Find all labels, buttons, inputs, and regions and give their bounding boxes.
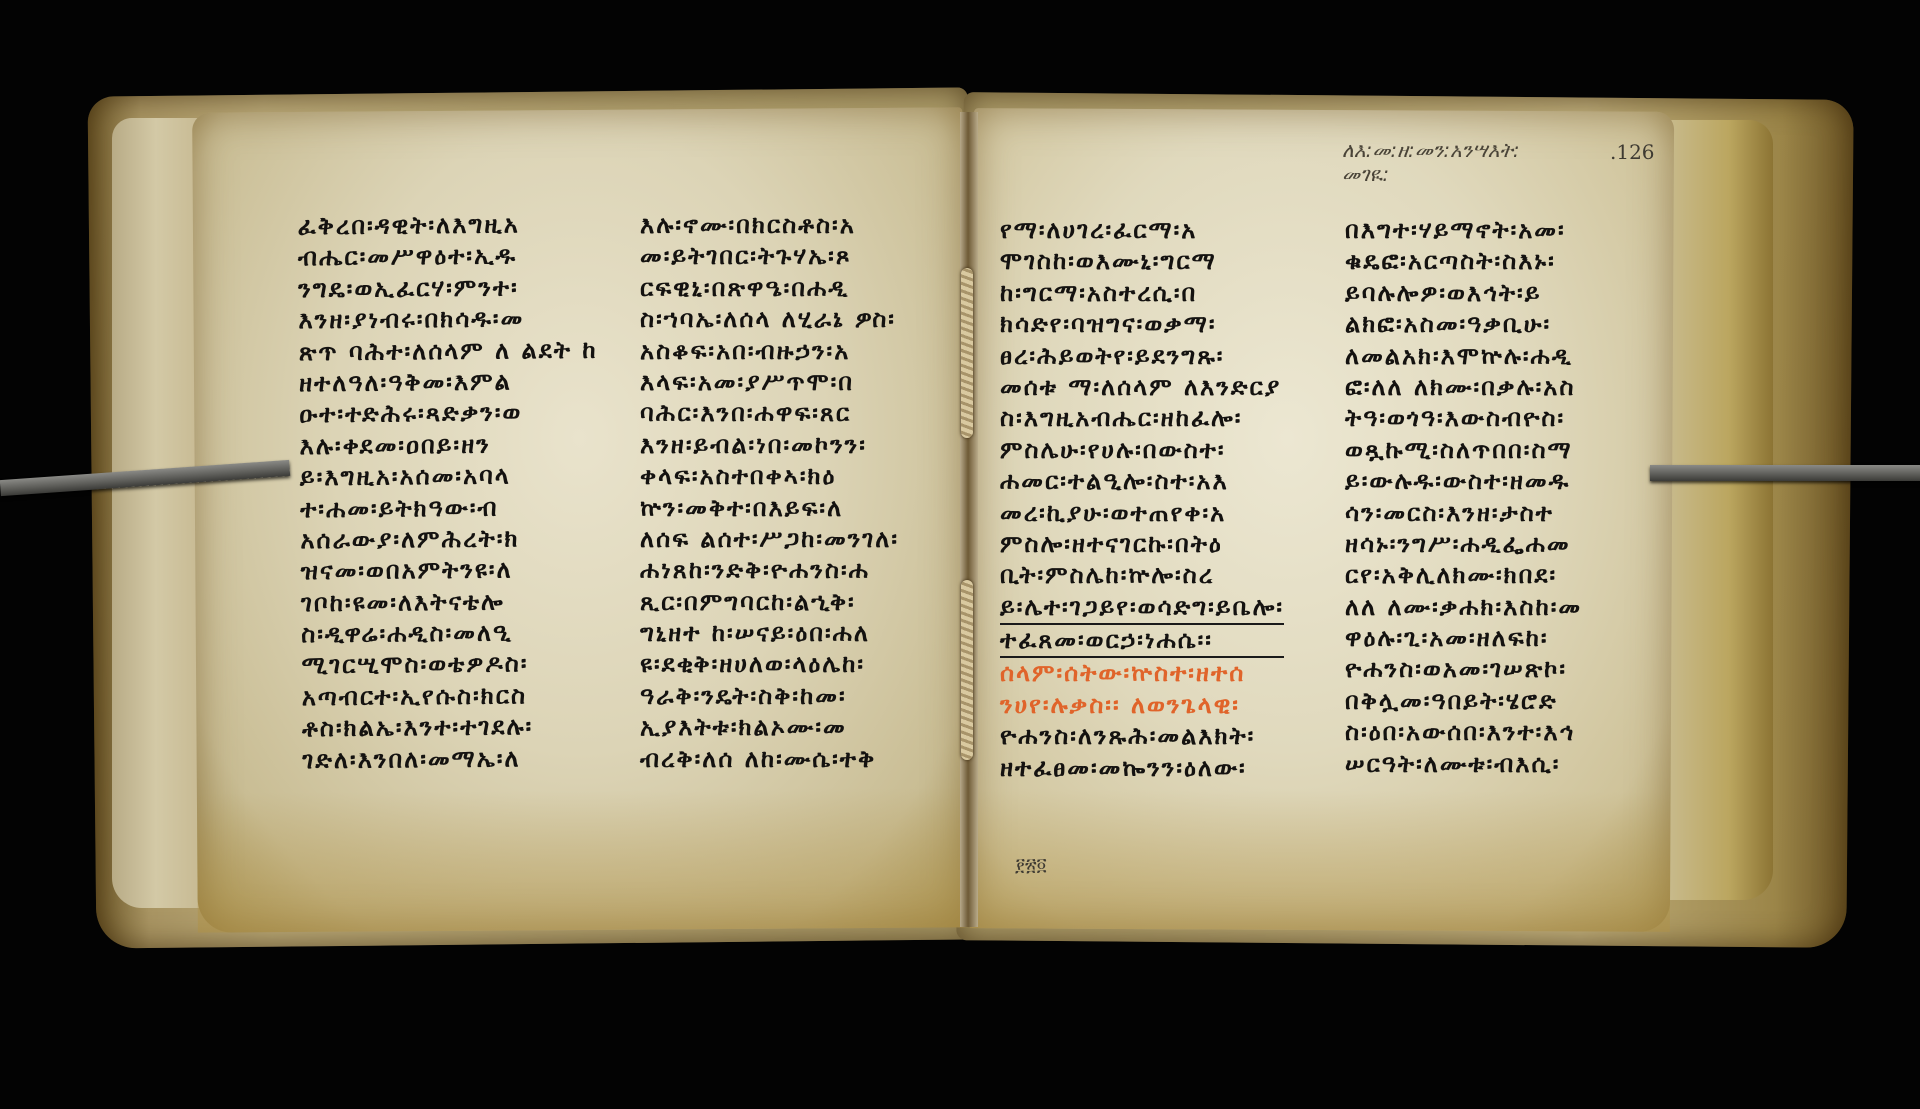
text-line: ምስሎ፡ዘተናገርኩ፡በትዕ [1000,529,1284,560]
text-line: ፈቅረበ፡ዳዊት፡ለእግዚአ [298,209,597,243]
text-line: በቅሏመ፡ዓበይት፡ሄሮድ [1345,686,1582,717]
text-line: ሳን፡መርስ፡እንዘ፡ታስተ [1345,498,1582,529]
text-line: ስ፡ዕበ፡አውሰበ፡እንተ፡እኅ [1345,717,1582,748]
text-line: ርየ፡አቅሊለክሙ፡ክበደ፡ [1345,560,1582,591]
text-line: ይ፡ሌተ፡ገጋይየ፡ወሳድግ፡ይቤሎ፡ [1000,592,1284,623]
rubric-line: ሰላም፡ሰትው፡ኵስተ፡ዘተሰ [1000,658,1284,689]
text-line: ተፈጸመ፡ወርኃ፡ነሐሴ፡፡ [1000,623,1284,658]
text-line: ለሰፍ ልሰተ፡ሥጋከ፡መንገለ፡ [640,524,899,555]
text-line: ስ፡ኀባኤ፡ለሰላ ለሂራኔ ዎስ፡ [640,304,899,335]
text-column-3: የማ፡ለሀገረ፡ፈርማ፡አ ሞገስከ፡ወእሙኒ፡ግርማ ከ፡ግርማ፡አስተረሲ፡… [1000,215,1284,784]
text-line: ዓራቅ፡ንዴት፡ስቅ፡ከመ፡ [640,681,899,712]
text-line: ከ፡ግርማ፡አስተረሲ፡በ [1000,278,1284,309]
text-line: ቢት፡ምስሌከ፡ኵሎ፡ስረ [1000,560,1284,591]
text-line: እላፍ፡አመ፡ያሥጥሞ፡በ [640,367,899,398]
text-line: ዮሐንስ፡ለንጹሕ፡መልእክት፡ [1000,721,1284,752]
text-line: ዘሳኑ፡ንግሥ፡ሐዲፌሐመ [1345,529,1582,560]
marginal-note-line: መገዪ: [1342,162,1520,186]
rubric-line: ንሀየ፡ሉቃስ፡፡ ለወንጌላዊ፡ [1000,690,1284,721]
text-line: ክሳድየ፡ባዝግና፡ወቃማ፡ [1000,309,1284,340]
text-line: ገቦከ፡ዩመ፡ለእትናቴሎ [301,585,600,619]
bottom-folio-numeral: ፻፳፬ [1015,855,1047,876]
text-column-2: እሉ፡ኖሙ፡በክርስቶስ፡አ መ፡ይትገበር፡ትጉሃኤ፡ጾ ርፍዊኒ፡በጽዋዔ፡… [640,210,899,775]
text-line: መ፡ይትገበር፡ትጉሃኤ፡ጾ [640,241,899,272]
text-line: ዑተ፡ተድሕሩ፡ጻድቃን፡ወ [299,397,598,431]
text-line: ዮሐንስ፡ወአመ፡ገሠጽኮ፡ [1345,654,1582,685]
text-line: ብሔር፡መሥዋዕተ፡ኢዱ [298,240,597,274]
text-line: በእግተ፡ሃይማኖት፡አመ፡ [1345,215,1582,246]
text-line: ይ፡ውሉዱ፡ውስተ፡ዘመዱ [1345,466,1582,497]
text-line: የማ፡ለሀገረ፡ፈርማ፡አ [1000,215,1284,246]
water-stain [970,788,1671,932]
text-line: አስቆፍ፡አበ፡ብዙኃን፡አ [640,336,899,367]
text-line: ንግዴ፡ወኢፈርሃ፡ምንተ፡ [298,271,597,305]
text-line: ዘተለዓለ፡ዓቅመ፡እምል [299,366,598,400]
text-line: ዩ፡ደቂቅ፡ዘሀለወ፡ላዕሌከ፡ [640,649,899,680]
right-page-clip [1650,465,1920,481]
text-line: ባሕር፡እንበ፡ሐዋፍ፡ጸር [640,398,899,429]
text-line: ዘተፈፀመ፡መኰንን፡ዕለው፡ [1000,753,1284,784]
text-line: ስ፡እግዚአብሔር፡ዘከፈሎ፡ [1000,403,1284,434]
text-line: ለለ ለሙ፡ቃሐክ፡እስከ፡መ [1345,592,1582,623]
text-line: ግኒዘተ ከ፡ሠናይ፡ዕበ፡ሐለ [640,618,899,649]
text-line: ሚገርሢሞስ፡ወቴዎዶስ፡ [301,648,600,682]
marginal-note-line: ለእ:መ:ዘ:መን:አንሣእት: [1342,138,1520,162]
text-line: ወጿኩሚ፡ስለጥበበ፡ስማ [1345,435,1582,466]
text-line: እሉ፡ኖሙ፡በክርስቶስ፡አ [640,210,899,241]
text-column-4: በእግተ፡ሃይማኖት፡አመ፡ ቁዴፎ፡አርጣስት፡ስእኑ፡ ይባሉሎዎ፡ወእኅት… [1345,215,1582,780]
text-line: ብረቅ፡ለሰ ለከ፡ሙሴ፡ተቅ [640,744,899,775]
text-column-1: ፈቅረበ፡ዳዊት፡ለእግዚአ ብሔር፡መሥዋዕተ፡ኢዱ ንግዴ፡ወኢፈርሃ፡ምን… [298,209,602,777]
text-line: ልክፎ፡አስመ፡ዓቃቢሁ፡ [1345,309,1582,340]
text-line: ርፍዊኒ፡በጽዋዔ፡በሐዲ [640,273,899,304]
folio-number: .126 [1610,140,1655,164]
text-line: እንዘ፡ይብል፡ነበ፡መኮንን፡ [640,430,899,461]
text-line: አጣብርተ፡ኢየሱስ፡ክርስ [302,680,601,714]
text-line: ሐነጸከ፡ንድቅ፡ዮሐንስ፡ሐ [640,555,899,586]
text-line: ዋዕሉ፡ጊ፡አመ፡ዘለፍከ፡ [1345,623,1582,654]
text-line: ቁዴፎ፡አርጣስት፡ስእኑ፡ [1345,246,1582,277]
text-line: ገድለ፡እንበለ፡መማኤ፡ለ [302,742,601,776]
binding-gutter [960,112,978,927]
text-line: ዝናመ፡ወበአምትንዩ፡ለ [301,554,600,588]
text-line: ሞገስከ፡ወእሙኒ፡ግርማ [1000,246,1284,277]
text-line: መረ፡ኪያሁ፡ወተጠየቀ፡አ [1000,498,1284,529]
text-line: ስ፡ዲዋሬ፡ሐዲስ፡መለዒ [301,617,600,651]
text-line: ፎ፡ለለ ለክሙ፡በቃሉ፡አስ [1345,372,1582,403]
manuscript-photo: ለእ:መ:ዘ:መን:አንሣእት: መገዪ: .126 ፻፳፬ ፈቅረበ፡ዳዊት፡… [0,0,1920,1109]
text-line: ኵን፡መቅተ፡በእይፍ፡ለ [640,493,899,524]
text-line: ይባሉሎዎ፡ወእኅት፡ይ [1345,278,1582,309]
text-line: ይ፡እግዚአ፡አሰመ፡አባላ [300,460,599,494]
text-line: ጺር፡በምግባርከ፡ልኂቅ፡ [640,587,899,618]
marginal-note: ለእ:መ:ዘ:መን:አንሣእት: መገዪ: [1342,138,1520,186]
text-line: ሐመር፡ተልዒሎ፡ስተ፡አእ [1000,466,1284,497]
text-line: ቀላፍ፡አስተበቀኣ፡ክዕ [640,461,899,492]
text-line: እሉ፡ቀደመ፡ዐበይ፡ዘን [299,428,598,462]
text-line: ለመልአክ፡እሞኵሉ፡ሐዲ [1345,341,1582,372]
text-line: ቶስ፡ክልኤ፡እንተ፡ተገደሉ፡ [302,711,601,745]
text-line: ፀረ፡ሕይወትየ፡ይደንግጹ፡ [1000,341,1284,372]
binding-stitch-bottom [961,580,973,760]
text-line: አሰራውያ፡ለምሕረት፡ክ [300,523,599,557]
text-line: መሰቱ ማ፡ለሰላም ለእንድርያ [1000,372,1284,403]
text-line: ምስሌሁ፡የሀሉ፡በውስተ፡ [1000,435,1284,466]
right-page-edges [1660,120,1773,900]
text-line: ትዓ፡ወጎዓ፡እውስብዮስ፡ [1345,403,1582,434]
water-stain [197,787,968,932]
text-line: ጽጥ ባሕተ፡ለሰላም ለ ልደት ከ [299,334,598,368]
text-line: ኢያእትቱ፡ክልኦሙ፡መ [640,712,899,743]
binding-stitch-top [961,268,973,438]
text-line: እንዘ፡ያነብሩ፡በክሳዱ፡መ [298,303,597,337]
text-line: ሠርዓት፡ለሙቱ፡ብእሲ፡ [1345,749,1582,780]
text-line: ተ፡ሐመ፡ይትክዓው፡ብ [300,491,599,525]
